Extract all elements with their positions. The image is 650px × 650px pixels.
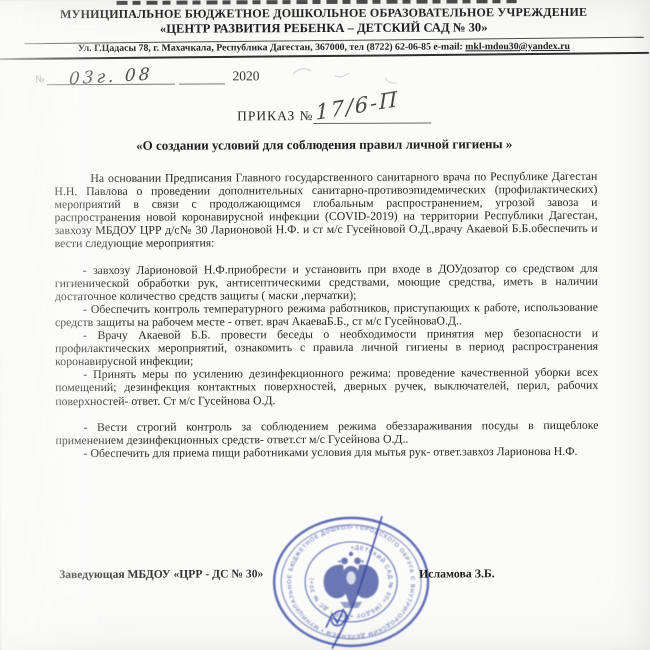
body-paragraph: На основании Предписания Главного госуда…: [54, 170, 597, 251]
clipped-text-remnant: [117, 0, 517, 5]
body-paragraph: - Вести строгий контроль за соблюдением …: [55, 418, 598, 447]
double-headed-eagle-icon: [324, 552, 379, 610]
scanned-document-page: МУНИЦИПАЛЬНОЕ БЮДЖЕТНОЕ ДОШКОЛЬНОЕ ОБРАЗ…: [0, 0, 650, 650]
order-body: На основании Предписания Главного госуда…: [54, 170, 598, 460]
document-sheet: МУНИЦИПАЛЬНОЕ БЮДЖЕТНОЕ ДОШКОЛЬНОЕ ОБРАЗ…: [0, 0, 650, 650]
order-title: «О создании условий для соблюдения прави…: [0, 136, 649, 155]
organization-name-line2: «ЦЕНТР РАЗВИТИЯ РЕБЕНКА – ДЕТСКИЙ САД № …: [0, 20, 649, 38]
body-paragraph: - Врачу Акаевой Б.Б. провести беседы о н…: [55, 327, 598, 369]
handwritten-order-number: 17/6-П: [316, 87, 400, 125]
signatory-position: Заведующая МБДОУ «ЦРР - ДС № 30»: [59, 567, 263, 581]
body-paragraph: - завхозу Ларионовой Н.Ф.приобрести и ус…: [55, 261, 598, 303]
order-number-underline: 17/6-П: [313, 103, 431, 125]
body-paragraph: - Принять меры по усилению дезинфекционн…: [55, 366, 598, 408]
year-text: 2020: [232, 68, 259, 83]
official-stamp: • ГОРОДСКОГО ОКРУГА С ВНУТРИГОРОДСКИМ ДЕ…: [268, 514, 435, 650]
blank-underline: [178, 83, 224, 84]
body-paragraph: - Обеспечить контроль температурного реж…: [55, 301, 598, 330]
pencil-marks: [289, 58, 429, 93]
order-label: ПРИКАЗ №: [237, 108, 314, 123]
handwritten-date: 03г. 08: [68, 65, 153, 90]
body-paragraph: - Обеспечить для приема пищи работниками…: [56, 445, 599, 460]
document-number-line: №03г. 082020: [35, 63, 260, 90]
date-underline: 03г. 08: [46, 64, 174, 86]
address-text: Ул. Г.Цадасы 78, г. Махачкала, Республик…: [78, 41, 466, 54]
email-text: mkl-mdou30@yandex.ru: [465, 41, 570, 52]
number-label: №: [35, 74, 45, 85]
order-heading: ПРИКАЗ №17/6-П: [237, 103, 432, 134]
